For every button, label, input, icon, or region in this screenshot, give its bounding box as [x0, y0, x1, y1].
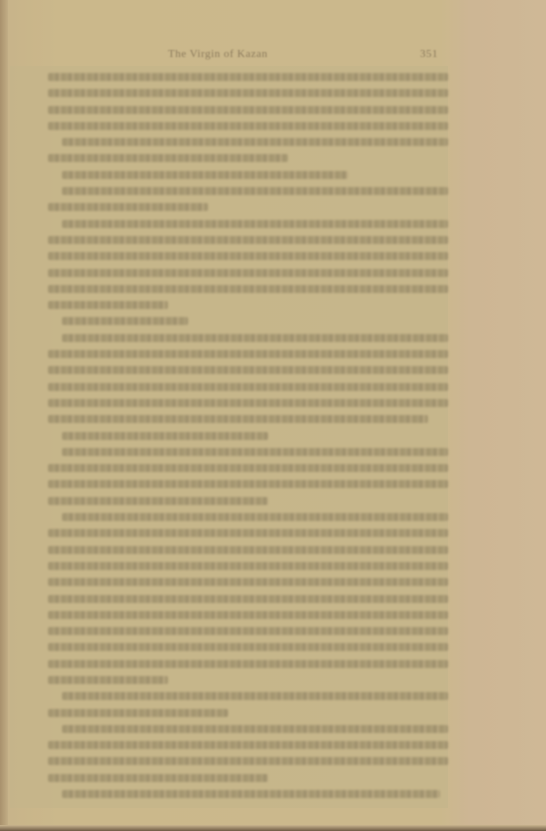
text-line: [48, 656, 448, 672]
text-line: [48, 737, 448, 753]
illegible-text: [62, 138, 448, 146]
illegible-text: [62, 334, 448, 342]
illegible-text: [48, 383, 448, 391]
illegible-text: [48, 285, 448, 293]
text-line: [48, 362, 448, 378]
illegible-text: [48, 562, 448, 570]
illegible-text: [48, 122, 448, 130]
text-line: [48, 444, 448, 460]
illegible-text: [62, 692, 448, 700]
illegible-text: [48, 269, 448, 277]
text-line: [48, 232, 448, 248]
illegible-text: [48, 415, 428, 423]
text-line: [48, 183, 448, 199]
text-line: [48, 134, 448, 150]
illegible-text: [62, 187, 448, 195]
illegible-text: [62, 448, 448, 456]
text-line: [48, 167, 448, 183]
text-line: [48, 753, 448, 769]
text-line: [48, 476, 448, 492]
page-number: 351: [420, 48, 438, 60]
text-line: [48, 102, 448, 118]
text-line: [48, 411, 448, 427]
text-line: [48, 607, 448, 623]
illegible-text: [48, 480, 448, 488]
text-line: [48, 330, 448, 346]
illegible-text: [62, 432, 268, 440]
text-line: [48, 558, 448, 574]
text-line: [48, 297, 448, 313]
body-text: [48, 69, 448, 802]
illegible-text: [48, 89, 448, 97]
text-line: [48, 216, 448, 232]
illegible-text: [48, 774, 268, 782]
illegible-text: [48, 350, 448, 358]
illegible-text: [48, 236, 448, 244]
text-line: [48, 346, 448, 362]
running-header: The Virgin of Kazan: [168, 48, 268, 60]
text-line: [48, 281, 448, 297]
text-line: [48, 672, 448, 688]
text-line: [48, 460, 448, 476]
text-line: [48, 395, 448, 411]
text-line: [48, 150, 448, 166]
illegible-text: [62, 790, 440, 798]
illegible-text: [48, 464, 448, 472]
text-line: [48, 379, 448, 395]
illegible-text: [48, 252, 448, 260]
illegible-text: [48, 643, 448, 651]
text-line: [48, 509, 448, 525]
text-line: [48, 688, 448, 704]
illegible-text: [48, 546, 448, 554]
text-line: [48, 770, 448, 786]
illegible-text: [48, 154, 288, 162]
book-page: The Virgin of Kazan 351: [0, 0, 546, 831]
text-line: [48, 591, 448, 607]
text-line: [48, 248, 448, 264]
text-line: [48, 85, 448, 101]
illegible-text: [48, 497, 268, 505]
illegible-text: [48, 203, 208, 211]
illegible-text: [48, 757, 448, 765]
text-line: [48, 265, 448, 281]
text-line: [48, 786, 448, 802]
text-line: [48, 525, 448, 541]
illegible-text: [48, 399, 448, 407]
illegible-text: [62, 725, 448, 733]
text-line: [48, 69, 448, 85]
illegible-text: [48, 627, 448, 635]
illegible-text: [48, 709, 228, 717]
illegible-text: [48, 529, 448, 537]
illegible-text: [62, 171, 348, 179]
page-bottom-edge: [0, 825, 546, 831]
illegible-text: [48, 676, 168, 684]
illegible-text: [62, 220, 448, 228]
text-line: [48, 721, 448, 737]
illegible-text: [48, 73, 448, 81]
text-line: [48, 623, 448, 639]
text-line: [48, 542, 448, 558]
illegible-text: [48, 366, 448, 374]
illegible-text: [48, 578, 448, 586]
illegible-text: [48, 660, 448, 668]
illegible-text: [48, 611, 448, 619]
page-gutter-shadow: [0, 0, 8, 831]
illegible-text: [48, 301, 168, 309]
text-line: [48, 199, 448, 215]
illegible-text: [48, 741, 448, 749]
illegible-text: [48, 595, 448, 603]
text-line: [48, 493, 448, 509]
text-line: [48, 313, 448, 329]
text-line: [48, 574, 448, 590]
illegible-text: [48, 106, 448, 114]
text-line: [48, 639, 448, 655]
text-line: [48, 118, 448, 134]
text-line: [48, 428, 448, 444]
illegible-text: [62, 513, 448, 521]
text-line: [48, 705, 448, 721]
illegible-text: [62, 317, 188, 325]
page-header: The Virgin of Kazan 351: [0, 48, 546, 62]
